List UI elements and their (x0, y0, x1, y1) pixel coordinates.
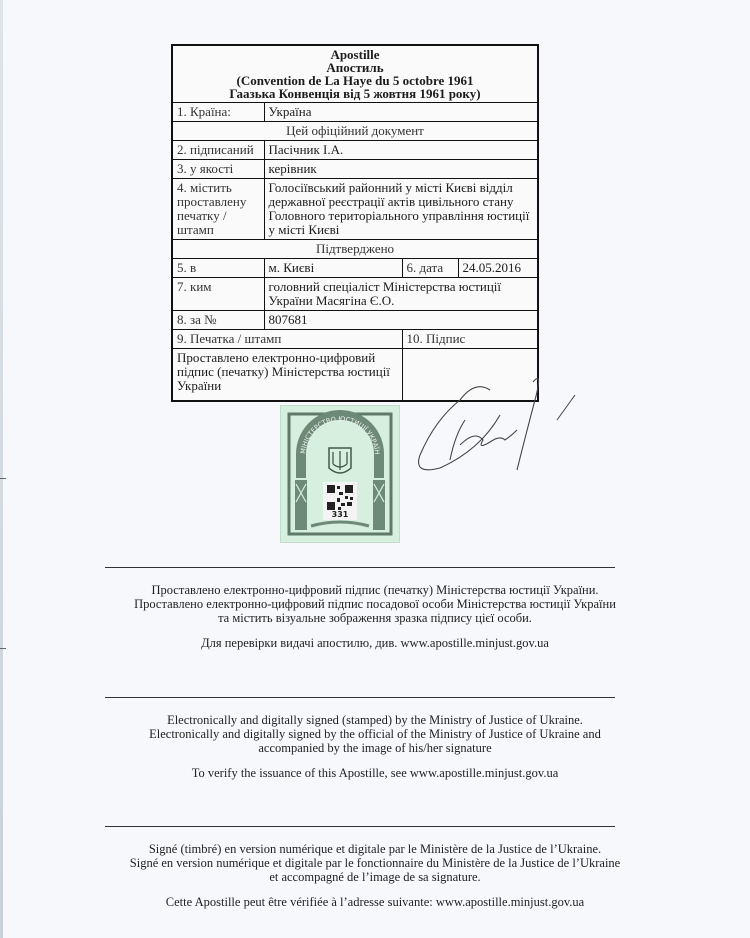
divider (105, 567, 615, 568)
date-label: 6. дата (402, 259, 458, 278)
note-line: et accompagné de l’image de sa signature… (100, 870, 650, 884)
convention-uk: Гаазька Конвенція від 5 жовтня 1961 року… (177, 87, 533, 100)
stamp-value: Проставлено електронно-цифровий підпис (… (172, 349, 402, 401)
at-label: 5. в (172, 259, 264, 278)
seal-value: Голосіївський районний у місті Києві від… (264, 179, 538, 240)
certified-heading: Підтверджено (172, 240, 538, 259)
apostille-header: Apostille Апостиль (Convention de La Hay… (172, 45, 538, 103)
note-line: Проставлено електронно-цифровий підпис п… (100, 597, 650, 611)
verify-link-uk[interactable]: Для перевірки видачі апостилю, див. www.… (100, 636, 650, 650)
signature-label: 10. Підпис (402, 330, 538, 349)
seal-label: 4. містить проставлену печатку / штамп (172, 179, 264, 240)
at-value: м. Києві (264, 259, 402, 278)
capacity-label: 3. у якості (172, 160, 264, 179)
verify-link-en[interactable]: To verify the issuance of this Apostille… (100, 766, 650, 780)
country-label: 1. Країна: (172, 103, 264, 122)
signed-value: Пасічник І.А. (264, 141, 538, 160)
public-document-heading: Цей офіційний документ (172, 122, 538, 141)
signed-label: 2. підписаний (172, 141, 264, 160)
date-value: 24.05.2016 (458, 259, 538, 278)
divider (105, 826, 615, 827)
scan-mark (0, 648, 6, 649)
notes-french: Signé (timbré) en version numérique et d… (100, 842, 650, 909)
notes-ukrainian: Проставлено електронно-цифровий підпис (… (100, 583, 650, 650)
by-value: головний спеціаліст Міністерства юстиції… (264, 278, 538, 311)
note-line: та містить візуальне зображення зразка п… (100, 611, 650, 625)
country-value: Україна (264, 103, 538, 122)
page-scan-edge (0, 0, 3, 938)
trident-coat-of-arms-icon (329, 448, 351, 473)
note-line: Electronically and digitally signed (sta… (100, 713, 650, 727)
notes-english: Electronically and digitally signed (sta… (100, 713, 650, 780)
note-line: Signé en version numérique et digitale p… (100, 856, 650, 870)
ministry-stamp: МІНІСТЕРСТВО ЮСТИЦІЇ УКРАЇНИ 331 (280, 405, 400, 543)
note-line: accompanied by the image of his/her sign… (100, 741, 650, 755)
number-value: 807681 (264, 311, 538, 330)
by-label: 7. ким (172, 278, 264, 311)
stamp-label: 9. Печатка / штамп (172, 330, 402, 349)
apostille-table: Apostille Апостиль (Convention de La Hay… (171, 44, 539, 402)
stamp-artwork: МІНІСТЕРСТВО ЮСТИЦІЇ УКРАЇНИ 331 (281, 406, 399, 542)
number-label: 8. за № (172, 311, 264, 330)
scan-mark (0, 478, 6, 479)
verify-link-fr[interactable]: Cette Apostille peut être vérifiée à l’a… (100, 895, 650, 909)
note-line: Signé (timbré) en version numérique et d… (100, 842, 650, 856)
note-line: Electronically and digitally signed by t… (100, 727, 650, 741)
capacity-value: керівник (264, 160, 538, 179)
note-line: Проставлено електронно-цифровий підпис (… (100, 583, 650, 597)
stamp-number: 331 (332, 510, 349, 519)
divider (105, 697, 615, 698)
handwritten-signature (405, 360, 580, 490)
